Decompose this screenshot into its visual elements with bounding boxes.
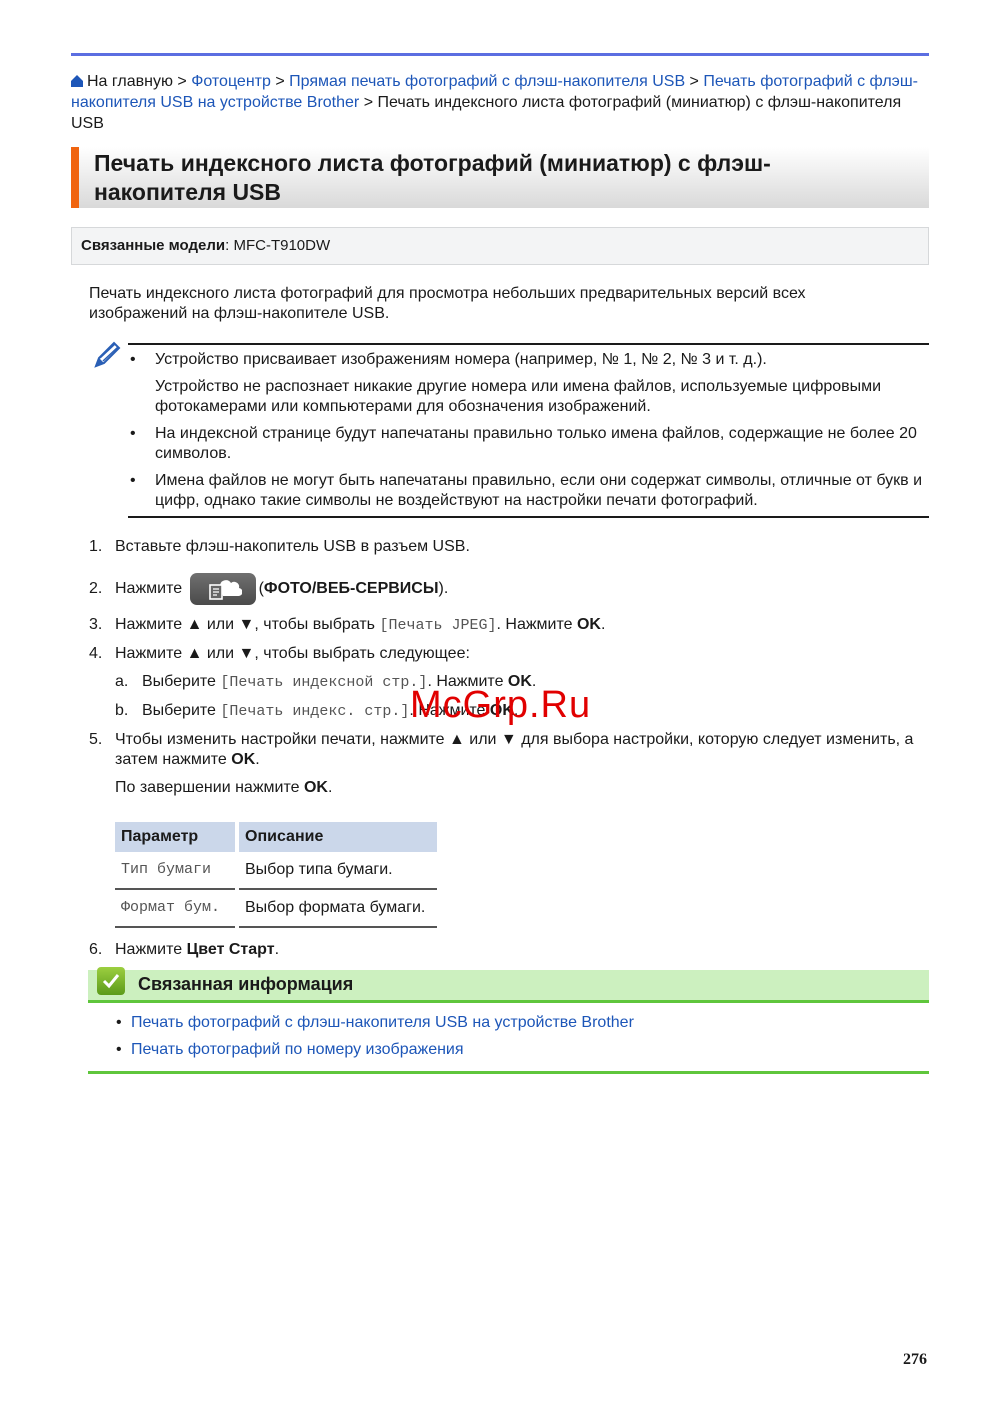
- top-rule: [71, 53, 929, 56]
- models-value: : MFC-T910DW: [225, 237, 330, 254]
- models-label: Связанные модели: [81, 237, 225, 254]
- steps-list: 1.Вставьте флэш-накопитель USB в разъем …: [89, 537, 934, 960]
- step-1: 1.Вставьте флэш-накопитель USB в разъем …: [89, 537, 934, 557]
- menu-print-jpeg: [Печать JPEG]: [379, 617, 496, 634]
- related-link-print-usb[interactable]: Печать фотографий с флэш-накопителя USB …: [131, 1014, 634, 1031]
- related-info-title: Связанная информация: [138, 970, 353, 998]
- breadcrumb-link-direct-print[interactable]: Прямая печать фотографий с флэш-накопите…: [289, 73, 685, 90]
- related-models-box: Связанные модели: MFC-T910DW: [71, 227, 929, 265]
- page-title: Печать индексного листа фотографий (мини…: [94, 149, 874, 207]
- photo-web-services-button[interactable]: [190, 573, 256, 605]
- breadcrumb-link-photocenter[interactable]: Фотоцентр: [191, 73, 271, 90]
- home-icon: [71, 75, 83, 87]
- menu-print-index-short: [Печать индекс. стр.]: [220, 703, 409, 720]
- photo-cloud-icon: [206, 577, 242, 601]
- related-info-bottom-rule: [88, 1071, 929, 1074]
- intro-text: Печать индексного листа фотографий для п…: [89, 284, 889, 324]
- related-info-header: Связанная информация: [88, 970, 929, 1003]
- note-item: •Имена файлов не могут быть напечатаны п…: [128, 471, 929, 511]
- related-info: Связанная информация •Печать фотографий …: [88, 970, 929, 1074]
- note-rule-bottom: [128, 516, 929, 518]
- note-item: •Устройство присваивает изображениям ном…: [128, 350, 929, 417]
- step-6: 6.Нажмите Цвет Старт.: [89, 940, 934, 960]
- page-number: 276: [903, 1351, 927, 1369]
- related-link-item: •Печать фотографий по номеру изображения: [88, 1040, 929, 1060]
- breadcrumb-home: На главную: [87, 73, 173, 90]
- title-bar: Печать индексного листа фотографий (мини…: [71, 147, 929, 208]
- note-item: •На индексной странице будут напечатаны …: [128, 424, 929, 464]
- title-accent: [71, 147, 79, 208]
- watermark: McGrp.Ru: [410, 684, 591, 727]
- related-link-item: •Печать фотографий с флэш-накопителя USB…: [88, 1013, 929, 1033]
- table-row: Тип бумаги Выбор типа бумаги.: [115, 852, 437, 890]
- step-2: 2. Нажмите (ФОТО/ВЕБ-СЕРВИСЫ).: [89, 573, 934, 605]
- table-row: Формат бум. Выбор формата бумаги.: [115, 890, 437, 928]
- step-3: 3.Нажмите ▲ или ▼, чтобы выбрать [Печать…: [89, 615, 934, 636]
- related-link-print-by-number[interactable]: Печать фотографий по номеру изображения: [131, 1041, 464, 1058]
- checkmark-icon: [97, 967, 125, 995]
- step-5: 5.Чтобы изменить настройки печати, нажми…: [89, 730, 934, 928]
- table-header-parameter: Параметр: [115, 822, 235, 852]
- settings-table: Параметр Описание Тип бумаги Выбор типа …: [111, 822, 441, 928]
- note-rule-top: [128, 343, 929, 345]
- breadcrumb: На главную > Фотоцентр > Прямая печать ф…: [71, 71, 931, 134]
- menu-print-index-page: [Печать индексной стр.]: [220, 674, 427, 691]
- table-header-description: Описание: [239, 822, 437, 852]
- pencil-icon: [90, 338, 124, 372]
